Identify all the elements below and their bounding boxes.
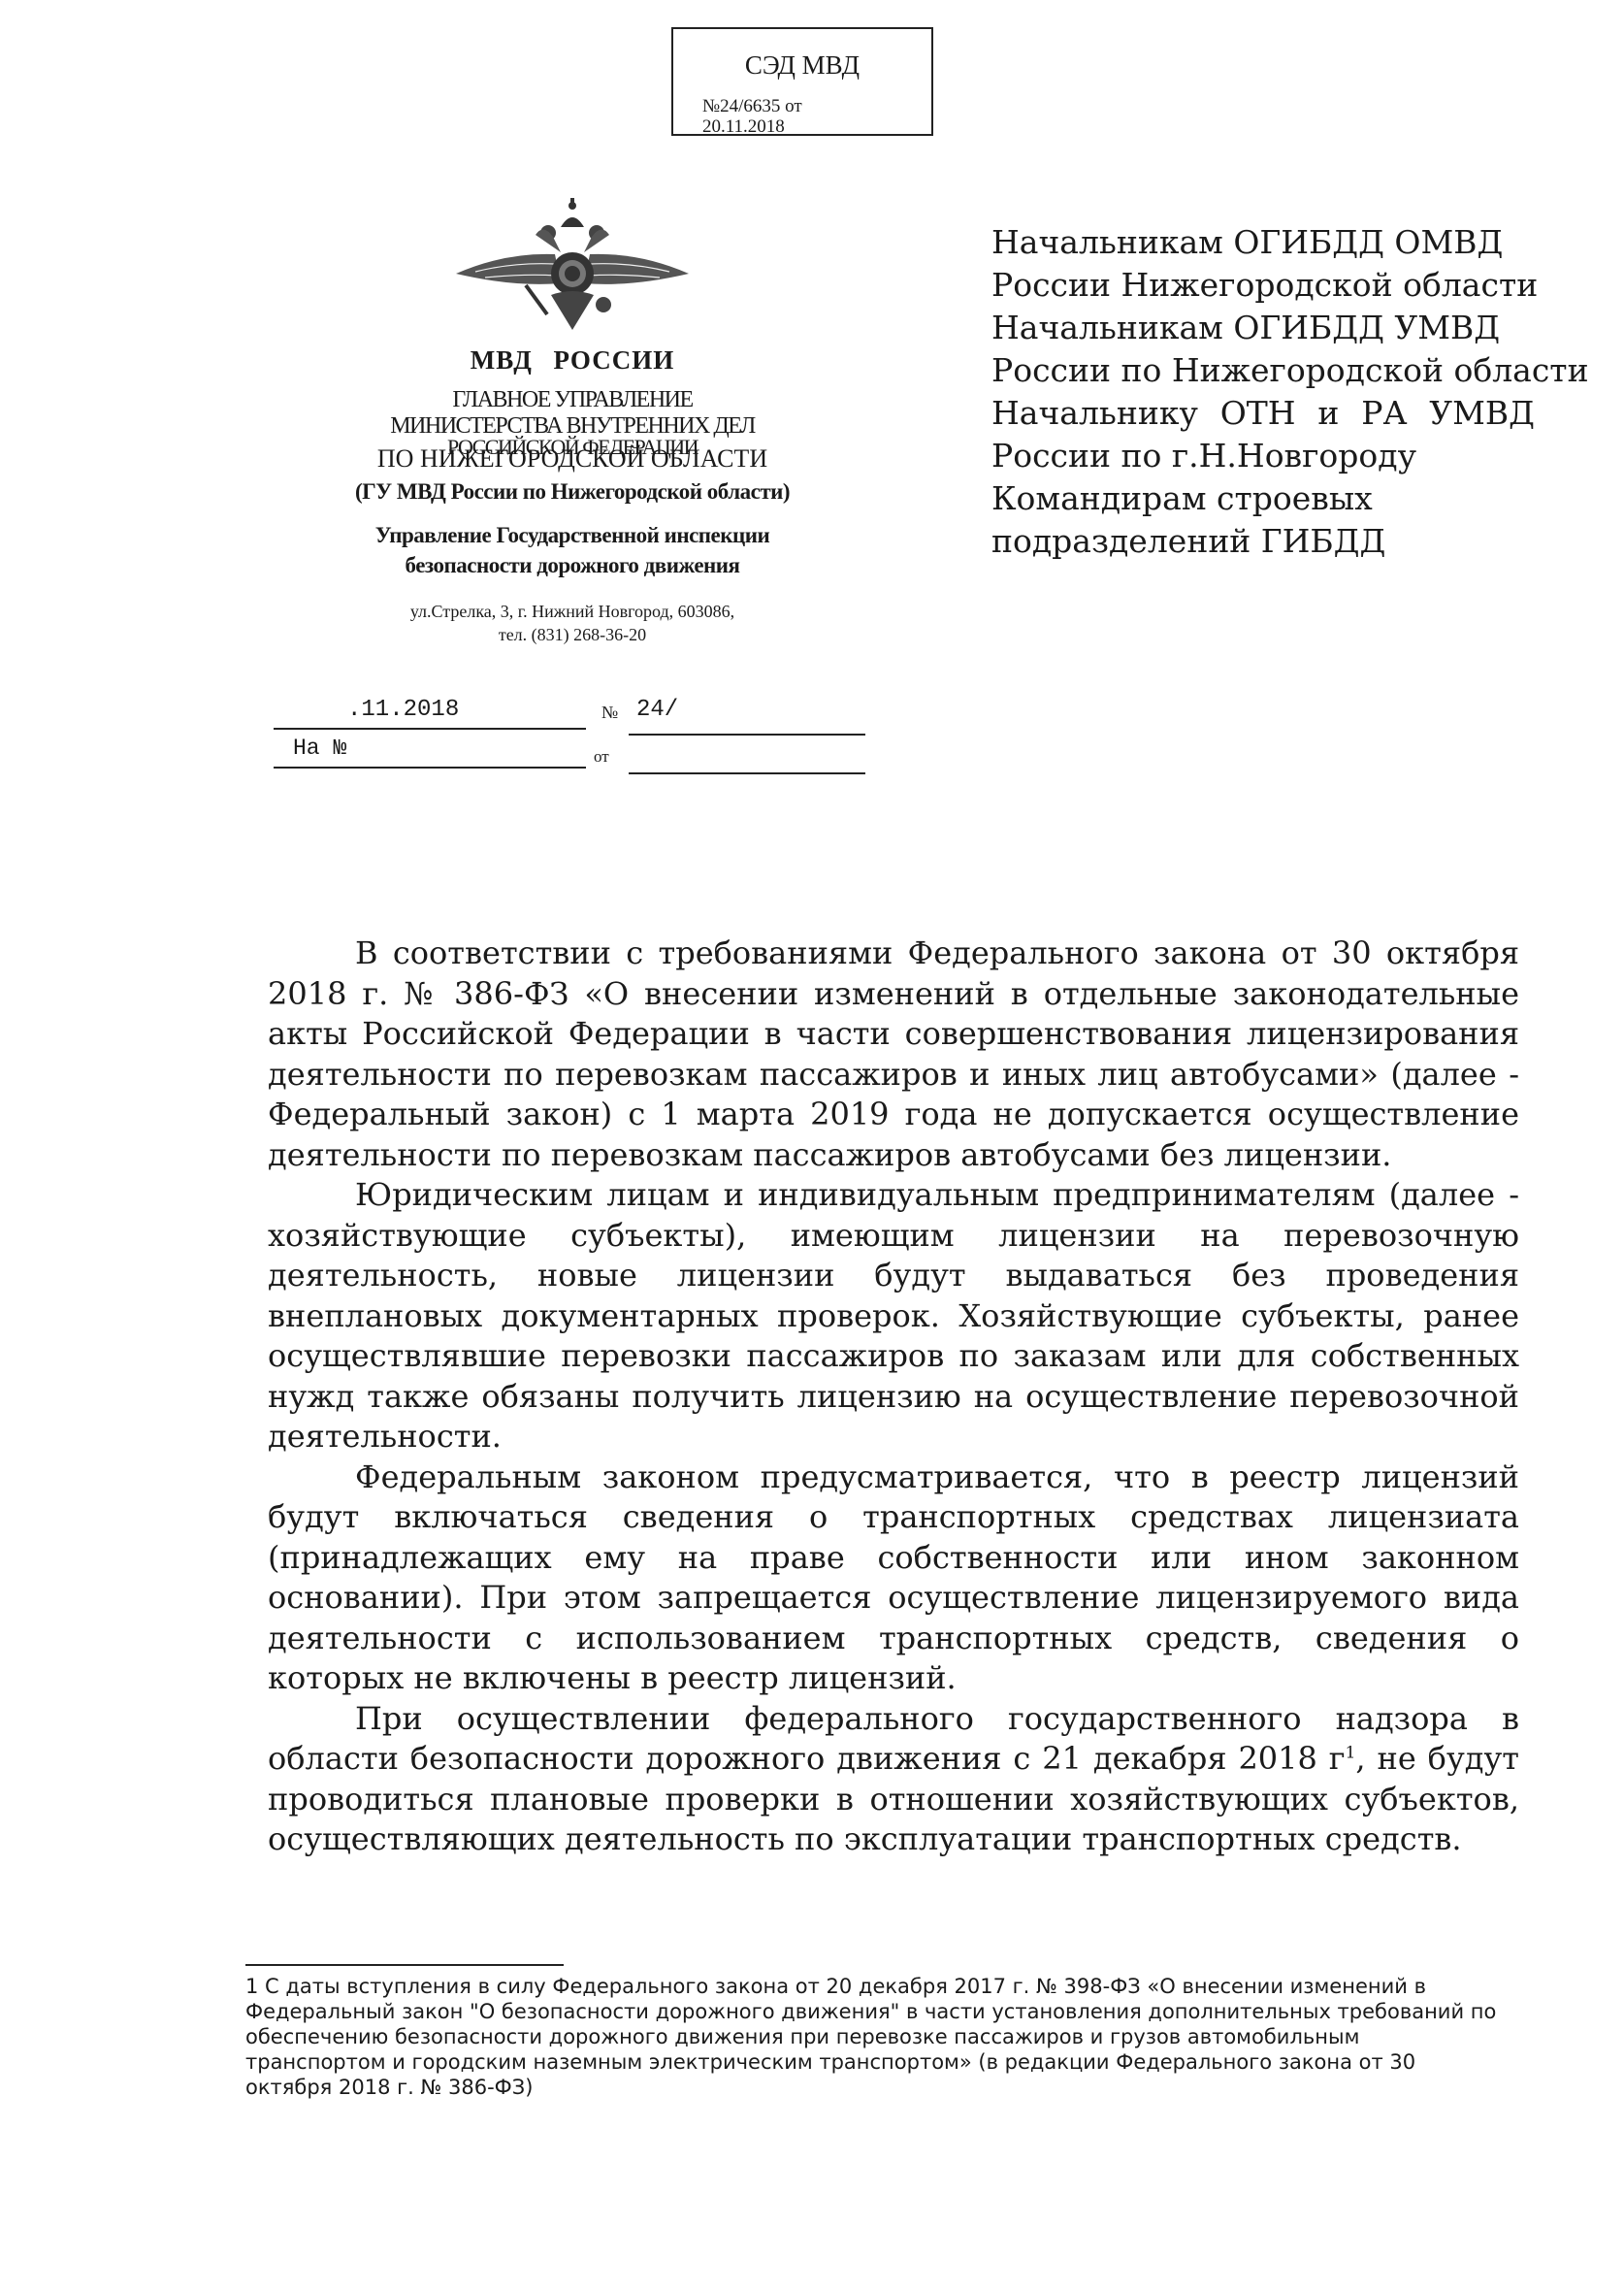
org-line-1: ГЛАВНОЕ УПРАВЛЕНИЕ [262, 387, 883, 413]
from-underline [629, 772, 865, 774]
p4-text-before: При осуществлении федерального государст… [268, 1700, 1519, 1778]
reply-to-label: На № [293, 736, 346, 761]
dept-line-1: Управление Государственной инспекции [262, 520, 883, 550]
stamp-date: 20.11.2018 [702, 117, 785, 137]
mvd-emblem-icon [446, 194, 698, 340]
outgoing-date: .11.2018 [347, 697, 459, 723]
addressee-block: Начальникам ОГИБДД ОМВД России Нижегород… [991, 221, 1535, 563]
body-paragraph-1: В соответствии с требованиями Федерально… [268, 933, 1519, 1175]
body-paragraph-2: Юридическим лицам и индивидуальным предп… [268, 1175, 1519, 1457]
addressee-line: России по Нижегородской области [991, 349, 1535, 392]
addressee-line: Начальникам ОГИБДД УМВД [991, 307, 1535, 349]
word: УМВД [1429, 392, 1535, 435]
org-overlap-lines: РОССИЙСКОЙ ФЕДЕРАЦИИ ПО НИЖЕГОРОДСКОЙ ОБ… [262, 440, 883, 466]
footnote-ref[interactable]: 1 [1346, 1743, 1356, 1762]
contact-info: ул.Стрелка, 3, г. Нижний Новгород, 60308… [262, 600, 883, 646]
body-paragraph-4: При осуществлении федерального государст… [268, 1699, 1519, 1860]
letterhead: МВД РОССИИ ГЛАВНОЕ УПРАВЛЕНИЕ МИНИСТЕРСТ… [262, 194, 883, 646]
registration-stamp: СЭД МВД №24/6635 от 20.11.2018 [671, 27, 933, 136]
org-line-4: ПО НИЖЕГОРОДСКОЙ ОБЛАСТИ [262, 445, 883, 472]
dept-line-2: безопасности дорожного движения [262, 550, 883, 580]
number-label: № [601, 703, 618, 723]
stamp-number: №24/6635 от [702, 97, 802, 116]
addressee-line: подразделений ГИБДД [991, 520, 1535, 563]
from-label: от [594, 747, 609, 767]
stamp-title: СЭД МВД [673, 50, 931, 81]
word: и [1317, 392, 1339, 435]
footnote-separator [245, 1964, 564, 1966]
org-abbrev: (ГУ МВД России по Нижегородской области) [262, 479, 883, 505]
addressee-line: России по г.Н.Новгороду [991, 435, 1535, 477]
department-name: Управление Государственной инспекции без… [262, 520, 883, 580]
footnote: 1 С даты вступления в силу Федерального … [245, 1974, 1497, 2100]
addressee-line: России Нижегородской области [991, 264, 1535, 307]
body-paragraph-3: Федеральным законом предусматривается, ч… [268, 1457, 1519, 1699]
addressee-line: Начальникам ОГИБДД ОМВД [991, 221, 1535, 264]
outgoing-number: 24/ [636, 697, 678, 723]
address: ул.Стрелка, 3, г. Нижний Новгород, 60308… [262, 600, 883, 623]
org-full-name: ГЛАВНОЕ УПРАВЛЕНИЕ МИНИСТЕРСТВА ВНУТРЕНН… [262, 387, 883, 466]
addressee-line: Командирам строевых [991, 477, 1535, 520]
org-name: МВД РОССИИ [262, 345, 883, 376]
number-underline [629, 734, 865, 736]
phone: тел. (831) 268-36-20 [262, 623, 883, 646]
word: РА [1361, 392, 1407, 435]
date-underline [274, 728, 586, 730]
reply-underline [274, 767, 586, 769]
word: ОТН [1220, 392, 1296, 435]
letter-body: В соответствии с требованиями Федерально… [268, 933, 1519, 1860]
addressee-line: Начальнику ОТН и РА УМВД [991, 392, 1535, 435]
word: Начальнику [991, 392, 1198, 435]
